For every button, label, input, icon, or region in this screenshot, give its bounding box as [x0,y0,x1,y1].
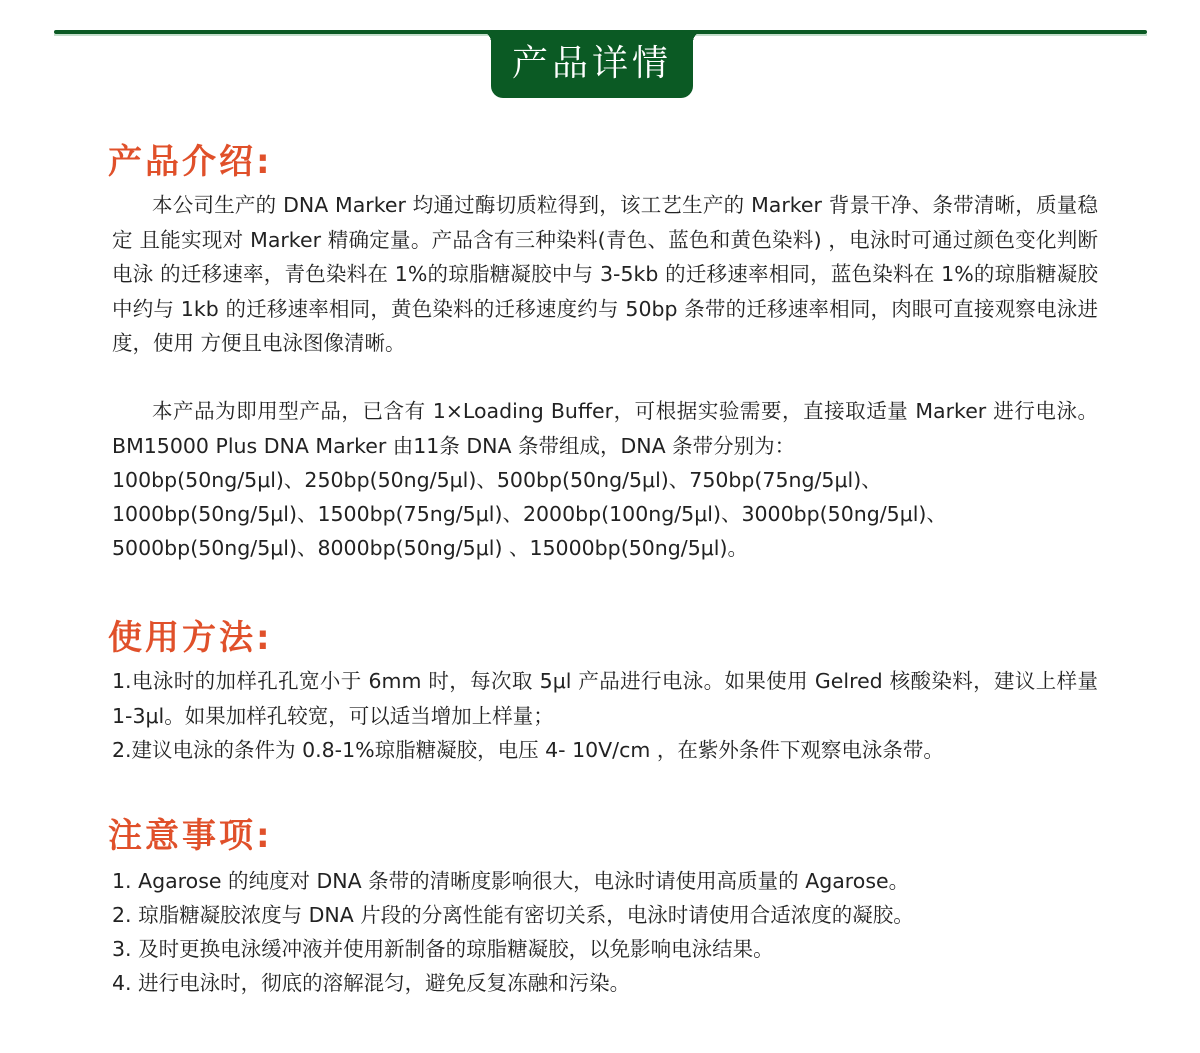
band-list-line-2: 1000bp(50ng/5μl)、1500bp(75ng/5μl)、2000bp… [112,497,1102,532]
page-title-tab: 产品详情 [491,30,693,98]
note-item-4: 4. 进行电泳时，彻底的溶解混匀，避免反复冻融和污染。 [112,966,1102,1001]
band-list-line-1: 100bp(50ng/5μl)、250bp(50ng/5μl)、500bp(50… [112,463,1102,498]
usage-item-2: 2.建议电泳的条件为 0.8-1%琼脂糖凝胶，电压 4- 10V/cm ，在紫外… [112,733,1098,768]
note-item-1: 1. Agarose 的纯度对 DNA 条带的清晰度影响很大，电泳时请使用高质量… [112,864,1102,899]
note-item-3: 3. 及时更换电泳缓冲液并使用新制备的琼脂糖凝胶，以免影响电泳结果。 [112,932,1102,967]
intro-paragraph-2: 本产品为即用型产品，已含有 1×Loading Buffer，可根据实验需要，直… [112,394,1098,463]
section-title-intro: 产品介绍: [108,134,273,183]
band-list-line-3: 5000bp(50ng/5μl)、8000bp(50ng/5μl) 、15000… [112,531,1102,566]
section-title-usage: 使用方法: [108,610,273,659]
usage-item-1: 1.电泳时的加样孔孔宽小于 6mm 时，每次取 5μl 产品进行电泳。如果使用 … [112,664,1098,733]
note-item-2: 2. 琼脂糖凝胶浓度与 DNA 片段的分离性能有密切关系，电泳时请使用合适浓度的… [112,898,1102,933]
intro-paragraph-1: 本公司生产的 DNA Marker 均通过酶切质粒得到，该工艺生产的 Marke… [112,188,1098,361]
section-title-notes: 注意事项: [108,808,273,857]
